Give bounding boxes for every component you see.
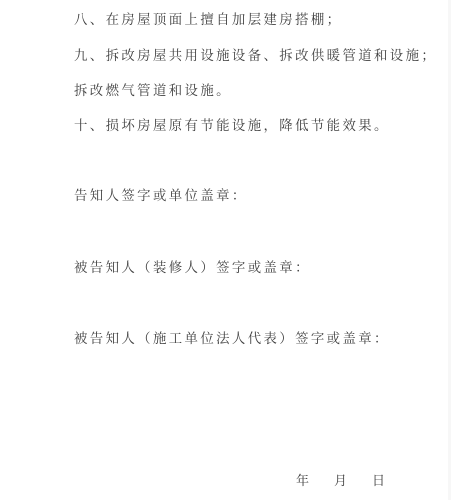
notifier-signature-label: 告知人签字或单位盖章： — [74, 189, 248, 205]
clause-item-8: 八、在房屋顶面上擅自加层建房搭棚； — [74, 13, 342, 29]
contractor-signature-label: 被告知人（施工单位法人代表）签字或盖章： — [74, 332, 390, 348]
date-day-label: 日 — [372, 474, 385, 490]
date-year-label: 年 — [296, 474, 334, 490]
clause-item-9: 九、拆改房屋共用设施设备、拆改供暖管道和设施； — [74, 49, 437, 65]
clause-item-9-continued: 拆改燃气管道和设施。 — [74, 84, 232, 100]
renovator-signature-label: 被告知人（装修人）签字或盖章： — [74, 261, 311, 277]
clause-item-10: 十、损坏房屋原有节能设施，降低节能效果。 — [74, 119, 390, 135]
date-line: 年 月 日 — [296, 474, 385, 490]
date-month-label: 月 — [334, 474, 372, 490]
document-page: 八、在房屋顶面上擅自加层建房搭棚； 九、拆改房屋共用设施设备、拆改供暖管道和设施… — [0, 0, 448, 500]
